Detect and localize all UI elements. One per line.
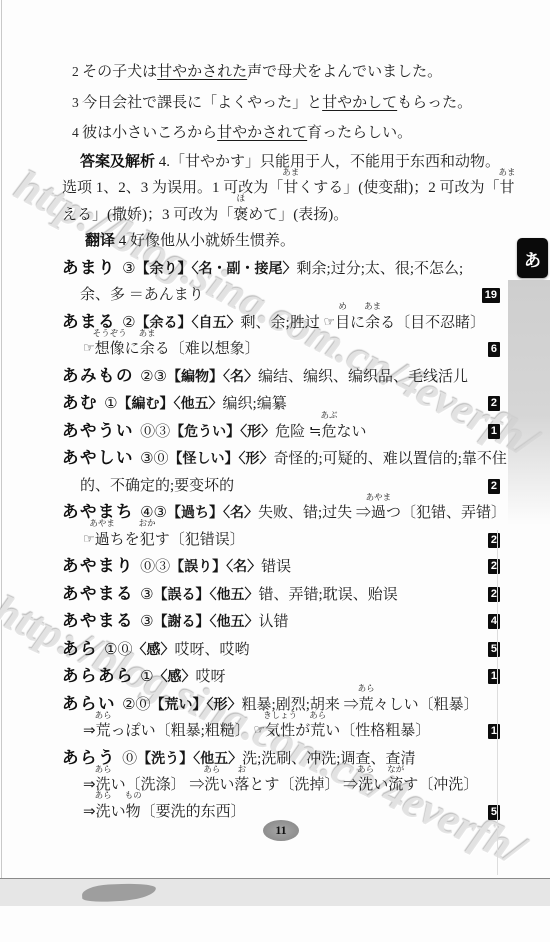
entry-ayamachi: あやまち ④③【過ち】〈名〉失败、错;过失 ⇒過あやまつ〔犯错、弄错〕 (62, 499, 500, 527)
count-badge: 19 (482, 288, 500, 303)
furigana: あら (95, 791, 112, 799)
count-badge: 1 (488, 669, 500, 684)
furigana: きしょう (263, 711, 297, 719)
count-badge: 2 (488, 396, 500, 411)
answer-analysis-line: える」(撒娇)；3 可改为「褒ほめて」(表扬)。 (62, 202, 500, 229)
count-badge: 5 (488, 642, 500, 657)
entry-arau-sub: ⇒洗あらい〔洗涤〕 ⇒洗あらい落おとす〔洗掉〕 ⇒洗あらい流ながす〔冲洗〕 (83, 772, 500, 799)
ruby-base: 目め (335, 310, 350, 337)
entry-amaru-sub: ☞想像そうぞうに余あまる〔难以想象〕6 (83, 336, 500, 363)
count-badge: 5 (488, 805, 500, 820)
furigana: あら (95, 765, 112, 773)
ruby-base: 荒あら (359, 692, 374, 719)
entry-ayashii-cont: 的、不确定的;要变坏的2 (80, 473, 500, 500)
entry-araara: あらあら ①〈感〉哎呀1 (62, 663, 500, 691)
ruby-base: 洗あら (358, 772, 373, 799)
answer-analysis-line: 选项 1、2、3 为误用。1 可改为「甘あまくする」(使变甜)；2 可改为「甘あ… (62, 175, 500, 202)
furigana: あま (364, 302, 381, 310)
furigana: お (238, 765, 247, 773)
index-tab-label: あ (524, 246, 541, 271)
count-badge: 1 (488, 724, 500, 739)
furigana: ほ (236, 194, 245, 202)
entry-amari-cont: 余、多 ＝あんまり19 (80, 282, 500, 309)
furigana: あら (309, 711, 326, 719)
count-badge: 2 (488, 559, 500, 574)
ruby-base: 流なが (388, 772, 403, 799)
count-badge: 4 (488, 614, 500, 629)
entry-ara: あら ①⓪〈感〉哎呀、哎哟5 (62, 636, 500, 664)
ruby-base: 甘あま (283, 175, 298, 202)
ruby-base: 想像そうぞう (95, 336, 125, 363)
ruby-base: 甘あま (500, 175, 515, 202)
ruby-base: 物もの (126, 799, 141, 826)
furigana: なが (387, 765, 404, 773)
count-badge: 2 (488, 479, 500, 494)
ruby-base: 余あま (365, 310, 380, 337)
furigana: あま (282, 168, 299, 176)
ruby-base: 気性きしょう (265, 718, 295, 745)
book-page: http://blog.sina.com.cn/4everfh/ http://… (0, 0, 550, 942)
furigana: もの (125, 791, 142, 799)
ruby-base: 荒あら (310, 718, 325, 745)
entry-amu: あむ ①【編む】〈他五〉编织;编纂2 (62, 390, 500, 418)
count-badge: 6 (488, 342, 500, 357)
page-number-badge: 11 (263, 820, 299, 841)
ruby-base: 過あやま (371, 500, 386, 527)
count-badge: 2 (488, 587, 500, 602)
index-tab-a: あ (517, 238, 548, 278)
ruby-base: 危あぶ (321, 419, 336, 446)
answer-analysis-line: 答案及解析 4.「甘やかす」只能用于人，不能用于东西和动物。 (62, 149, 500, 176)
ruby-base: 褒ほ (233, 202, 248, 229)
ruby-base: 過あやま (95, 527, 110, 554)
ruby-base: 犯おか (140, 527, 155, 554)
count-badge: 1 (488, 424, 500, 439)
furigana: あま (499, 168, 516, 176)
furigana: あぶ (320, 411, 337, 419)
furigana: あら (203, 765, 220, 773)
entry-arau: あらう ⓪【洗う】〈他五〉洗;洗刷、冲洗;调查、查清 (62, 745, 500, 773)
furigana: あま (139, 329, 156, 337)
entry-amaru: あまる ②【余る】〈自五〉剩、余;胜过 ☞目めに余あまる〔目不忍睹〕 (62, 309, 500, 337)
text-block: 2 その子犬は甘やかされた声で母犬をよんでいました。3 今日会社で課長に「よくや… (62, 57, 500, 825)
furigana: あら (95, 711, 112, 719)
example-sentence-3: 3 今日会社で課長に「よくやった」と甘やかしてもらった。 (72, 88, 500, 119)
entry-ayamaru-1: あやまる ③【誤る】〈他五〉错、弄错;耽误、贻误2 (62, 581, 500, 609)
entry-arai-sub: ⇒荒あらっぽい〔粗暴;粗糙〕 ☞気性きしょうが荒あらい〔性格粗暴〕1 (83, 718, 500, 745)
entry-amimono: あみもの ②③【編物】〈名〉编结、编织、编织品、毛线活儿 (62, 363, 500, 391)
entry-ayamaru-2: あやまる ③【謝る】〈他五〉认错4 (62, 608, 500, 636)
furigana: おか (139, 519, 156, 527)
page-left-edge (1, 0, 2, 905)
entry-ayaui: あやうい ⓪③【危うい】〈形〉危险 ≒危あぶない1 (62, 418, 500, 446)
furigana: め (338, 302, 347, 310)
entry-ayamachi-sub: ☞過あやまちを犯おかす〔犯错误〕2 (83, 527, 500, 554)
entry-ayamari: あやまり ⓪③【誤り】〈名〉错误2 (62, 553, 500, 581)
ruby-base: 余あま (140, 336, 155, 363)
ruby-base: 荒あら (96, 718, 111, 745)
count-badge: 2 (488, 533, 500, 548)
example-sentence-2: 2 その子犬は甘やかされた声で母犬をよんでいました。 (72, 57, 500, 88)
page-edge-line (497, 530, 498, 875)
page-edge-shadow (508, 280, 550, 525)
translation-line: 翻译 4 好像他从小就娇生惯养。 (62, 228, 500, 255)
entry-ayashii: あやしい ③⓪【怪しい】〈形〉奇怪的;可疑的、难以置信的;靠不住 (62, 445, 500, 473)
furigana: あら (357, 765, 374, 773)
furigana: そうぞう (93, 329, 127, 337)
entry-amari: あまり ③【余り】〈名・副・接尾〉剩余;过分;太、很;不怎么; (62, 255, 500, 283)
ruby-base: 洗あら (96, 799, 111, 826)
furigana: あやま (89, 519, 115, 527)
ruby-base: 落お (234, 772, 249, 799)
example-sentence-4: 4 彼は小さいころから甘やかされて育ったらしい。 (72, 118, 500, 149)
ruby-base: 洗あら (204, 772, 219, 799)
furigana: あら (358, 684, 375, 692)
furigana: あやま (366, 493, 392, 501)
page-number: 11 (275, 823, 286, 838)
